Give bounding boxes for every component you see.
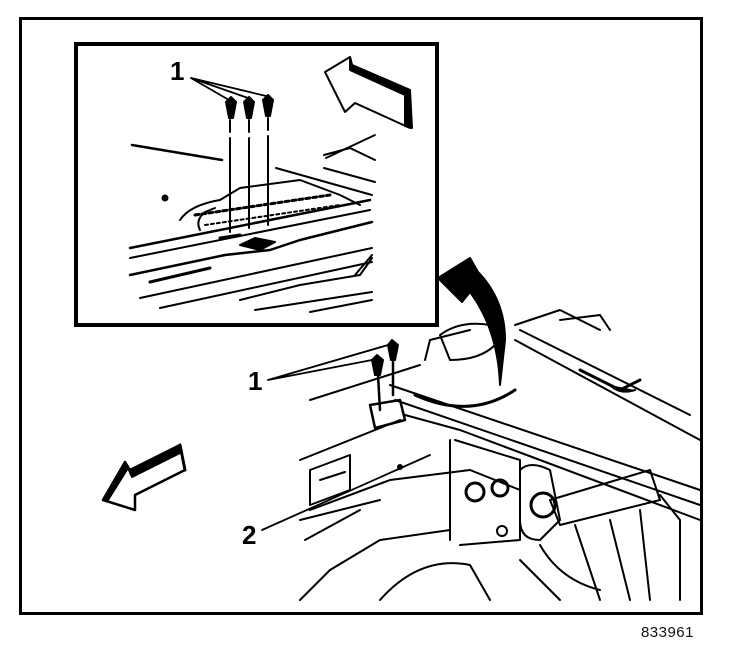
leader-line-1-inset [191, 78, 266, 100]
callout-1-inset: 1 [170, 58, 184, 84]
detail-inset-drawing [130, 57, 412, 312]
callout-2-panel: 2 [242, 522, 256, 548]
forward-arrow-inset-icon [325, 57, 412, 128]
inset-linework [0, 0, 736, 652]
figure-number: 833961 [641, 624, 694, 641]
fastener-icon [226, 95, 273, 232]
callout-1-main: 1 [248, 368, 262, 394]
